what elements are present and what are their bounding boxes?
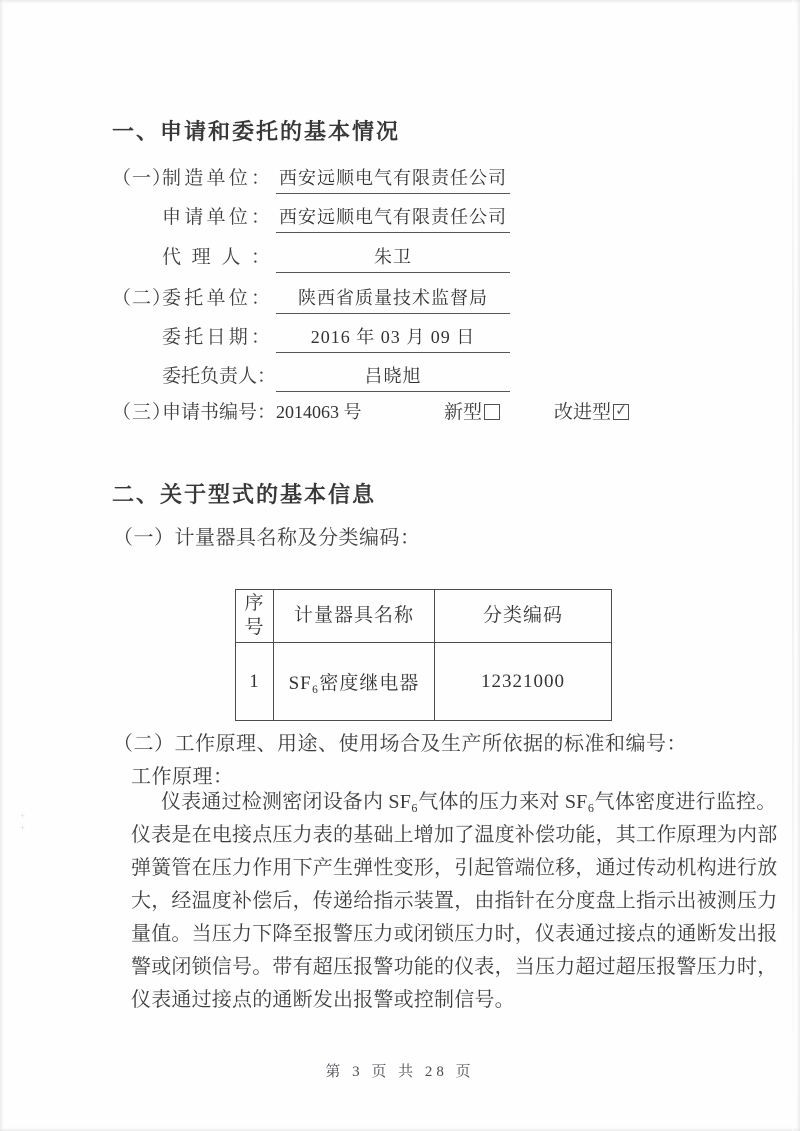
header-meter-name: 计量器具名称 [274,590,435,643]
paragraph-line: 仪表通过接点的通断发出报警或控制信号。 [131,984,743,1017]
row-index: （三） [112,397,162,424]
paragraph-line: 警或闭锁信号。带有超压报警功能的仪表，当压力超过超压报警压力时， [131,951,743,984]
scan-artifact: ++ [20,810,34,836]
row-label: 委托日期： [162,322,270,349]
page-number-footer: 第 3 页 共 28 页 [0,1060,800,1081]
new-type-checkbox [484,404,500,420]
row-label: 制造单位： [162,163,270,190]
working-principle-label: 工作原理： [131,760,234,789]
table-header-row: 序 号 计量器具名称 分类编码 [236,590,612,643]
header-serial-number: 序 号 [236,590,274,643]
paragraph-line: 量值。当压力下降至报警压力或闭锁压力时，仪表通过接点的通断发出报 [131,918,743,951]
form-row-manufacturer: （一）制造单位：西安远顺电气有限责任公司 [112,163,510,189]
option-improved-type-label: 改进型 [554,402,611,423]
cell-meter-name: SF₆密度继电器 [274,643,435,721]
row-label: 委托单位： [162,283,270,310]
form-row-entrusting-unit: （二）委托单位：陕西省质量技术监督局 [112,283,510,309]
section2-sub2: （二）工作原理、用途、使用场合及生产所依据的标准和编号： [113,727,687,756]
section1-title: 一、申请和委托的基本情况 [112,115,400,146]
applicant-value: 西安远顺电气有限责任公司 [276,203,510,233]
row-label: 申请书编号： [162,397,274,424]
section2-title: 二、关于型式的基本信息 [112,478,376,509]
scanned-document-page: ++ 一、申请和委托的基本情况 （一）制造单位：西安远顺电气有限责任公司 申请单… [0,0,800,1131]
paragraph-line: 仪表通过检测密闭设备内 SF₆气体的压力来对 SF₆气体密度进行监控。 [131,786,743,819]
improved-type-checkmark: ✓ [614,400,628,419]
header-serial-line2: 号 [236,616,273,640]
row-label: 申请单位： [162,202,270,229]
row-label: 代理人： [162,242,270,269]
scan-edge-shadow [792,0,794,1131]
table-data-row: 1 SF₆密度继电器 12321000 [236,643,612,721]
row-index: （一） [112,163,162,190]
option-new-type: 新型 [444,397,500,424]
working-principle-paragraph: 仪表通过检测密闭设备内 SF₆气体的压力来对 SF₆气体密度进行监控。 仪表是在… [131,786,743,1017]
manufacturer-value: 西安远顺电气有限责任公司 [276,164,510,194]
form-row-entrust-manager: 委托负责人：吕晓旭 [112,361,510,387]
cell-classification-code: 12321000 [435,643,612,721]
form-row-agent: 代理人：朱卫 [112,242,510,268]
cell-serial-number: 1 [236,643,274,721]
application-number-value: 2014063 号 [276,398,386,424]
entrust-date-value: 2016 年 03 月 09 日 [276,323,510,353]
entrusting-unit-value: 陕西省质量技术监督局 [276,284,510,314]
option-improved-type: 改进型✓ [554,397,629,424]
header-serial-line1: 序 [236,592,273,616]
improved-type-checkbox: ✓ [613,404,629,420]
form-row-applicant: 申请单位：西安远顺电气有限责任公司 [112,202,510,228]
paragraph-line: 大，经温度补偿后，传递给指示装置，由指针在分度盘上指示出被测压力 [131,885,743,918]
row-index: （二） [112,283,162,310]
form-row-entrust-date: 委托日期：2016 年 03 月 09 日 [112,322,510,348]
paragraph-line: 弹簧管在压力作用下产生弹性变形，引起管端位移，通过传动机构进行放 [131,852,743,885]
form-row-application-number: （三）申请书编号：2014063 号新型改进型✓ [112,397,629,424]
entrust-manager-value: 吕晓旭 [276,362,510,392]
meter-classification-table: 序 号 计量器具名称 分类编码 1 SF₆密度继电器 12321000 [235,589,612,721]
paragraph-line: 仪表是在电接点压力表的基础上增加了温度补偿功能，其工作原理为内部 [131,819,743,852]
agent-value: 朱卫 [276,243,510,273]
header-classification-code: 分类编码 [435,590,612,643]
option-new-type-label: 新型 [444,402,482,423]
row-label: 委托负责人： [162,361,270,388]
section2-sub1: （一）计量器具名称及分类编码： [113,521,421,550]
